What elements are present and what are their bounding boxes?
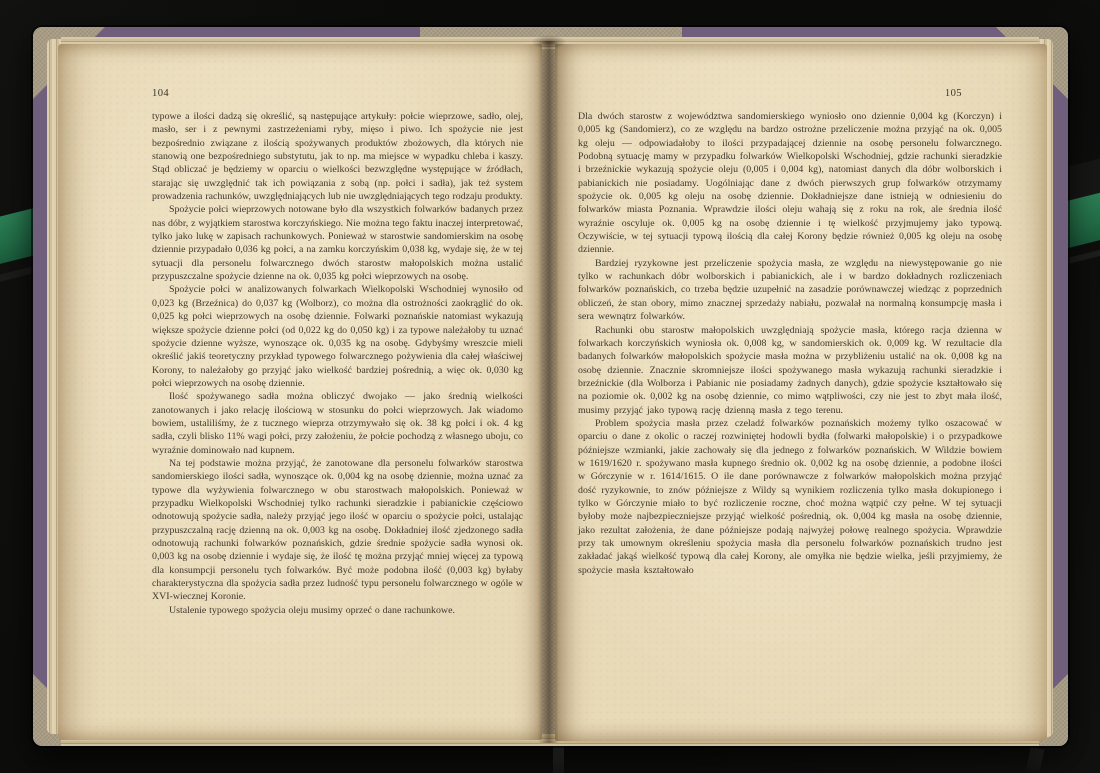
paragraph: Rachunki obu starostw małopolskich uwzgl… — [578, 324, 1002, 417]
paragraph: Spożycie połci w analizowanych folwarkac… — [152, 283, 523, 390]
page-number-left: 104 — [152, 88, 169, 99]
paragraph: Bardziej ryzykowne jest przeliczenie spo… — [578, 257, 1002, 324]
page-number-right: 105 — [578, 88, 1002, 99]
paragraph: Ilość spożywanego sadła można obliczyć d… — [152, 390, 523, 457]
left-page-text-column: typowe a ilości dadzą się określić, są n… — [152, 110, 523, 617]
paragraph: Dla dwóch starostw z województwa sandomi… — [578, 110, 1002, 257]
ribbon-tail-bottom-right — [1026, 747, 1045, 773]
paragraph: Ustalenie typowego spożycia oleju musimy… — [152, 604, 523, 617]
book-scan-scene: 104 typowe a ilości dadzą się określić, … — [0, 0, 1100, 773]
paragraph: Na tej podstawie można przyjąć, że zanot… — [152, 457, 523, 604]
right-page-text-column: Dla dwóch starostw z województwa sandomi… — [578, 110, 1002, 577]
ribbon-tail-bottom — [553, 742, 564, 773]
paragraph: Spożycie połci wieprzowych notowane było… — [152, 203, 523, 283]
book-gutter-shadow — [538, 41, 558, 743]
gutter-top-notch — [531, 35, 567, 49]
paragraph: Problem spożycia masła przez czeladź fol… — [578, 417, 1002, 577]
paragraph: typowe a ilości dadzą się określić, są n… — [152, 110, 523, 203]
